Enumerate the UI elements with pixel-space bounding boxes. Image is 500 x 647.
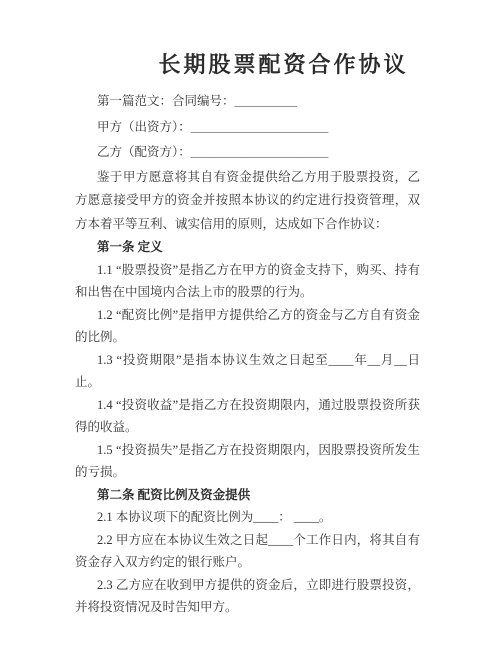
clause-2-3: 2.3 乙方应在收到甲方提供的资金后，立即进行股票投资，并将投资情况及时告知甲方… [75, 574, 420, 619]
clause-2-2: 2.2 甲方应在本协议生效之日起____个工作日内，将其自有资金存入双方约定的银… [75, 529, 420, 574]
clause-1-4: 1.4 “投资收益”是指乙方在投资期限内，通过股票投资所获得的收益。 [75, 394, 420, 439]
party-a-line: 甲方（出资方）：______________________ [75, 115, 420, 141]
document-header: 第一篇范文：合同编号：__________ 甲方（出资方）：__________… [75, 89, 420, 166]
party-b-blank: ______________________ [191, 145, 329, 159]
clause-1-1: 1.1 “股票投资”是指乙方在甲方的资金支持下，购买、持有和出售在中国境内合法上… [75, 259, 420, 304]
document-title: 长期股票配资合作协议 [111, 50, 456, 80]
intro-paragraph: 鉴于甲方愿意将其自有资金提供给乙方用于股票投资，乙方愿意接受甲方的资金并按照本协… [75, 166, 420, 237]
section-definitions: 第一条 定义 1.1 “股票投资”是指乙方在甲方的资金支持下，购买、持有和出售在… [75, 236, 420, 484]
section-2-heading: 第二条 配资比例及资金提供 [75, 484, 420, 507]
party-a-blank: ______________________ [191, 120, 329, 134]
party-a-label: 甲方（出资方）： [97, 120, 191, 134]
party-b-label: 乙方（配资方）： [97, 145, 191, 159]
document-page: 长期股票配资合作协议 第一篇范文：合同编号：__________ 甲方（出资方）… [0, 0, 500, 647]
contract-number-label: 第一篇范文：合同编号： [97, 94, 235, 108]
clause-2-1: 2.1 本协议项下的配资比例为____： ____。 [75, 506, 420, 529]
clause-1-5: 1.5 “投资损失”是指乙方在投资期限内，因股票投资所发生的亏损。 [75, 439, 420, 484]
clause-1-2: 1.2 “配资比例”是指甲方提供给乙方的资金与乙方自有资金的比例。 [75, 304, 420, 349]
section-funding: 第二条 配资比例及资金提供 2.1 本协议项下的配资比例为____： ____。… [75, 484, 420, 619]
contract-number-line: 第一篇范文：合同编号：__________ [75, 89, 420, 115]
section-1-heading: 第一条 定义 [75, 236, 420, 259]
clause-1-3: 1.3 “投资期限”是指本协议生效之日起至____年__月__日止。 [75, 349, 420, 394]
party-b-line: 乙方（配资方）：______________________ [75, 140, 420, 166]
contract-number-blank: __________ [235, 94, 298, 108]
